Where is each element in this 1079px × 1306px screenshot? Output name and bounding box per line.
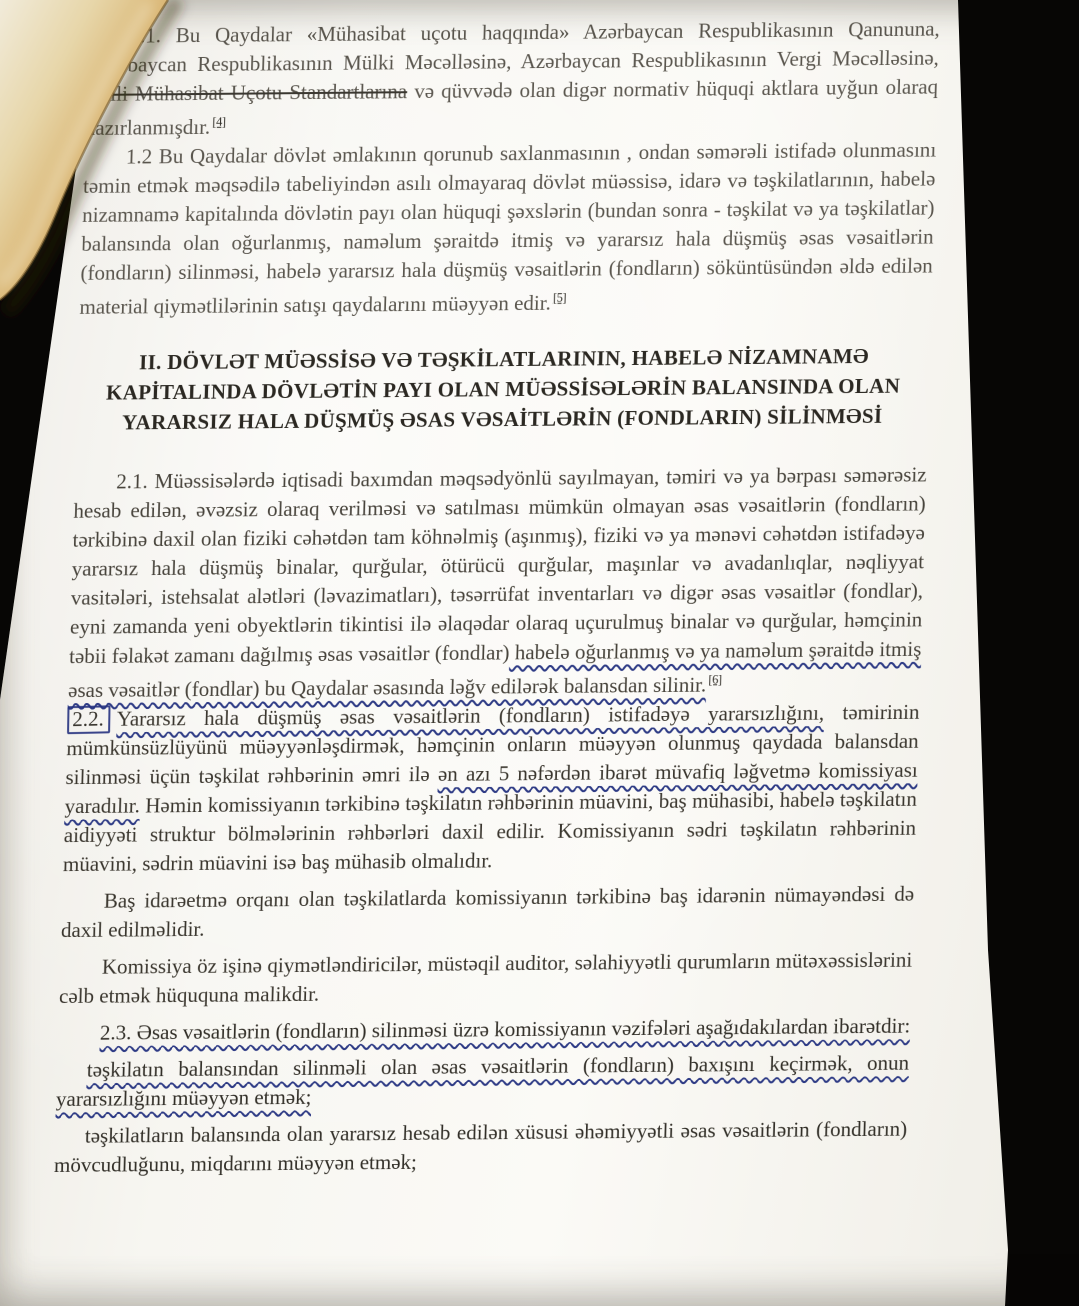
paragraph-komissiya: Komissiya öz işinə qiymətləndiricilər, m… xyxy=(59,946,913,1011)
para-bas-text: Baş idarəetmə orqanı olan təşkilatlarda … xyxy=(61,882,915,942)
footnote-ref-5: [5] xyxy=(553,291,566,305)
photo-backdrop: 1.1. Bu Qaydalar «Mühasibat uçotu haqqın… xyxy=(0,0,1079,1306)
bullet-2-text: təşkilatların balansında olan yararsız h… xyxy=(54,1117,908,1177)
pen-underline-bullet-1: təşkilatın balansından silinməli olan əs… xyxy=(56,1051,910,1111)
paragraph-1-1: 1.1. Bu Qaydalar «Mühasibat uçotu haqqın… xyxy=(84,15,940,143)
section-heading: II. DÖVLƏT MÜƏSSİSƏ VƏ TƏŞKİLATLARININ, … xyxy=(76,341,931,438)
document-page: 1.1. Bu Qaydalar «Mühasibat uçotu haqqın… xyxy=(0,0,1079,1306)
paragraph-2-3: 2.3. Əsas vəsaitlərin (fondların) silinm… xyxy=(58,1012,911,1048)
strikethrough-text: Milli Mühasibat Uçotu Standartlarına xyxy=(86,79,408,106)
bullet-item-2: təşkilatların balansında olan yararsız h… xyxy=(54,1115,908,1180)
para-2-2-text-tail: Həmin komissiyanın tərkibinə təşkilatın … xyxy=(63,787,918,876)
footnote-ref-4: [4] xyxy=(212,115,225,129)
pen-underline-2-2-a: Yararsız hala düşmüş əsas vəsaitlərin (f… xyxy=(116,700,824,730)
pen-underline-2-3: 2.3. Əsas vəsaitlərin (fondların) silinm… xyxy=(100,1014,911,1045)
backdrop-corner xyxy=(1009,1254,1079,1306)
footnote-ref-6: [6] xyxy=(708,672,721,686)
paragraph-2-1: 2.1. Müəssisələrdə iqtisadi baxımdan məq… xyxy=(68,461,927,705)
para-1-2-text: 1.2 Bu Qaydalar dövlət əmlakının qorunub… xyxy=(79,138,936,319)
para-komissiya-text: Komissiya öz işinə qiymətləndiricilər, m… xyxy=(59,948,913,1008)
paragraph-1-2: 1.2 Bu Qaydalar dövlət əmlakının qorunub… xyxy=(79,136,937,322)
para-1-1-text-pre: 1.1. Bu Qaydalar «Mühasibat uçotu haqqın… xyxy=(86,17,940,77)
bullet-item-1: təşkilatın balansından silinməli olan əs… xyxy=(56,1049,910,1114)
pen-boxed-number-2-2: 2.2. xyxy=(67,705,110,734)
heading-line-2: KAPİTALINDA DÖVLƏTİN PAYI OLAN MÜƏSSİSƏL… xyxy=(106,374,901,405)
paragraph-bas-idaretme: Baş idarəetmə orqanı olan təşkilatlarda … xyxy=(61,880,915,945)
page-content: 1.1. Bu Qaydalar «Mühasibat uçotu haqqın… xyxy=(54,15,941,1180)
heading-line-3: YARARSIZ HALA DÜŞMÜŞ ƏSAS VƏSAİTLƏRİN (F… xyxy=(122,404,883,435)
paragraph-2-2: 2.2.Yararsız hala düşmüş əsas vəsaitləri… xyxy=(63,698,920,879)
heading-line-1: II. DÖVLƏT MÜƏSSİSƏ VƏ TƏŞKİLATLARININ, … xyxy=(139,344,869,374)
